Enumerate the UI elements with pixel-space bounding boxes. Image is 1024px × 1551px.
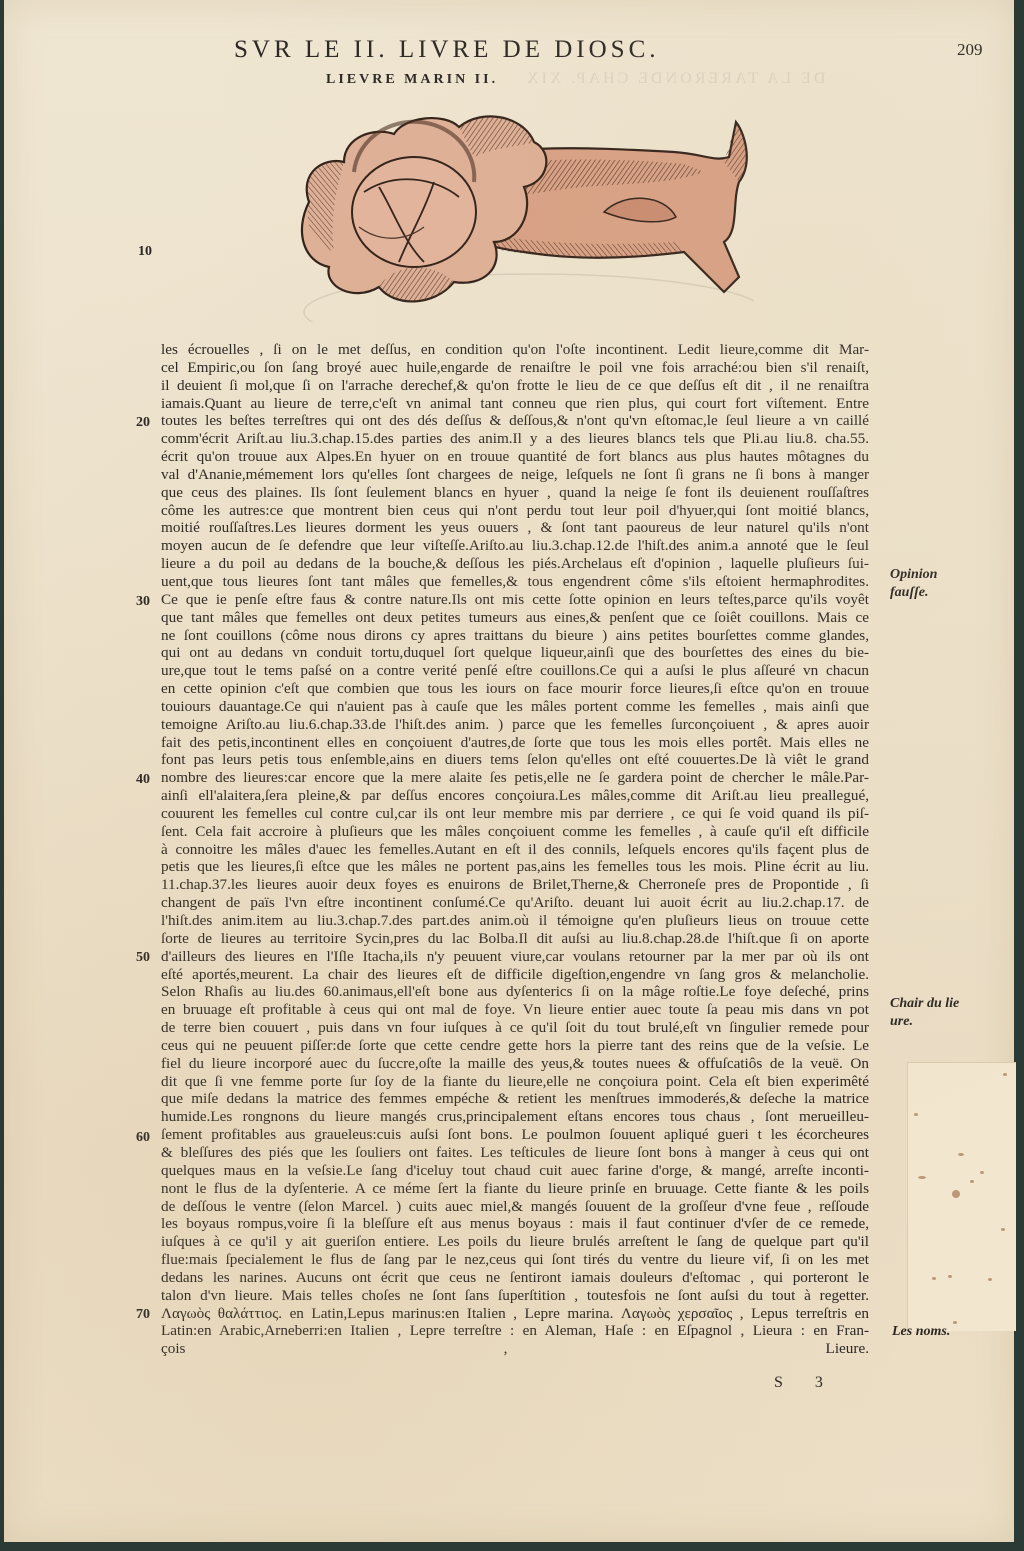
sea-hare-woodcut-illustration: [284, 102, 754, 322]
text-line: d'ailleurs des lieures en l'Iſle Itacha,…: [161, 948, 869, 966]
text-line: nont le flus de la dyſenterie. A ce méme…: [161, 1180, 869, 1198]
text-line: comm'écrit Ariſt.au liu.3.chap.15.des pa…: [161, 430, 869, 448]
text-line: ſent. Cela fait accroire à pluſieurs que…: [161, 823, 869, 841]
text-line: çois , Lieure.: [161, 1340, 869, 1358]
text-line: iamais.Quant au lieure de terre,c'eſt vn…: [161, 395, 869, 413]
text-line: touiours dauantage.Ce qui n'auient pas à…: [161, 698, 869, 716]
text-line: changent de païs l'vn eſtre incontinent …: [161, 894, 869, 912]
text-line: fait des petis,incontinent elles en conç…: [161, 734, 869, 752]
text-line: en cette opinion c'eſt que combien que t…: [161, 680, 869, 698]
section-heading: LIEVRE MARIN II.: [326, 72, 498, 88]
text-line: iuſques à ce qu'il y ait gueriſon entier…: [161, 1233, 869, 1251]
sidenote-opinion-fausse: Opinion fauſſe.: [890, 566, 937, 602]
text-line: petis que les lieures,ſi eſtce que les m…: [161, 858, 869, 876]
text-line: ceus qui ne peuuent piſſer:de ſorte que …: [161, 1037, 869, 1055]
text-line: ure,que tout le tems paſsé on a contre v…: [161, 662, 869, 680]
text-line: Selon Rhaſis au liu.des 60.animaus,ell'e…: [161, 983, 869, 1001]
book-page: DE LA TARERONDE CHAP. XIX SVR LE II. LIV…: [4, 0, 1014, 1542]
text-line: ſorte de lieures au territoire Sycin,pre…: [161, 930, 869, 948]
text-line: côme les autres:ce que montrent bien ceu…: [161, 502, 869, 520]
text-line: de terre bien couuert , puis dans vn fou…: [161, 1019, 869, 1037]
text-line: ne ſont couillons (côme nous dirons cy a…: [161, 627, 869, 645]
text-line: à connoitre les mâles d'auec les femelle…: [161, 841, 869, 859]
text-line: Ce que ie penſe eſtre faus & contre natu…: [161, 591, 869, 609]
text-line: nombre des lieures:car encore que la mer…: [161, 769, 869, 787]
text-line: fiel du lieure incorporé auec du ſuccre,…: [161, 1055, 869, 1073]
text-line: talon d'vn lieure. Mais telles choſes ne…: [161, 1287, 869, 1305]
line-number-40: 40: [136, 772, 150, 788]
text-line: l'hiſt.des anim.item au liu.3.chap.7.des…: [161, 912, 869, 930]
running-head: SVR LE II. LIVRE DE DIOSC.: [234, 36, 660, 64]
text-line: font pas leurs petis tous enſemble,ains …: [161, 751, 869, 769]
text-line: Λαγωὸς θαλάττιος. en Latin,Lepus marinus…: [161, 1305, 869, 1323]
text-line: en bruuage eſt profitable à ceus qui ont…: [161, 1001, 869, 1019]
line-number-10: 10: [138, 244, 152, 260]
text-line: uent,que tous lieures ſont tant mâles qu…: [161, 573, 869, 591]
line-number-70: 70: [136, 1307, 150, 1323]
text-line: toutes les beſtes terreſtres qui ont des…: [161, 412, 869, 430]
paper-repair-patch: [907, 1062, 1016, 1331]
text-line: ſement profitables aus graueleus:cuis au…: [161, 1126, 869, 1144]
text-line: de deſſous le ventre (ſelon Marcel. ) cu…: [161, 1198, 869, 1216]
text-line: [161, 1358, 869, 1376]
bleed-through-text: DE LA TARERONDE CHAP. XIX: [524, 70, 825, 88]
text-line: 11.chap.37.les lieures auoir deux foyes …: [161, 876, 869, 894]
text-line: les boyaus rompus,voire ſi la bleſſure e…: [161, 1215, 869, 1233]
text-line: flue:mais ſpecialement le flus de ſang p…: [161, 1251, 869, 1269]
text-line: eſté aportés,meurent. La chair des lieur…: [161, 966, 869, 984]
text-line: moyen aucun de ſe defendre que leur viſt…: [161, 537, 869, 555]
sidenote-chair-du-lieure: Chair du lie ure.: [890, 995, 959, 1031]
sidenote-les-noms: Les noms.: [892, 1323, 950, 1341]
page-number: 209: [957, 40, 983, 60]
text-line: dit que ſi vne femme porte ſur ſoy de la…: [161, 1073, 869, 1091]
text-line: quelques maus en la veſsie.Le ſang d'ice…: [161, 1162, 869, 1180]
line-number-30: 30: [136, 594, 150, 610]
line-number-50: 50: [136, 950, 150, 966]
text-line: lieure a du poil au dedans de la bouche,…: [161, 555, 869, 573]
line-number-20: 20: [136, 415, 150, 431]
text-line: Latin:en Arabic,Arneberri:en Italien , L…: [161, 1322, 869, 1340]
line-number-60: 60: [136, 1130, 150, 1146]
text-line: couurent les femelles cul contre cul,car…: [161, 805, 869, 823]
text-line: moitié rouſſaſtres.Les lieures dorment l…: [161, 519, 869, 537]
text-line: que tant mâles que femelles ont deux pet…: [161, 609, 869, 627]
signature-mark: S 3: [774, 1374, 837, 1392]
text-line: que ceus des plaines. Ils ſont ſeulement…: [161, 484, 869, 502]
text-line: humide.Les rongnons du lieure mangés cru…: [161, 1108, 869, 1126]
text-line: & bleſſures des piés que les ſouliers on…: [161, 1144, 869, 1162]
body-text: les écrouelles , ſi on le met deſſus, en…: [161, 341, 869, 1376]
text-line: qui ont au dedans vn conduit tortu,duque…: [161, 644, 869, 662]
text-line: cel Empiric,ou ſon ſang broyé auec huile…: [161, 359, 869, 377]
text-line: temoigne Ariſto.au liu.6.chap.33.de l'hi…: [161, 716, 869, 734]
text-line: ainſi ell'alaitera,ſera pleine,& par deſ…: [161, 787, 869, 805]
text-line: les écrouelles , ſi on le met deſſus, en…: [161, 341, 869, 359]
text-line: il deuient ſi mol,que ſi on l'arrache de…: [161, 377, 869, 395]
text-line: dedans les narines. Aucuns ont écrit que…: [161, 1269, 869, 1287]
text-line: val d'Ananie,mémement lors qu'elles ſont…: [161, 466, 869, 484]
text-line: que miſe dedans la matrice des femmes em…: [161, 1090, 869, 1108]
text-line: écrit qu'on trouue aux Alpes.En hyuer on…: [161, 448, 869, 466]
